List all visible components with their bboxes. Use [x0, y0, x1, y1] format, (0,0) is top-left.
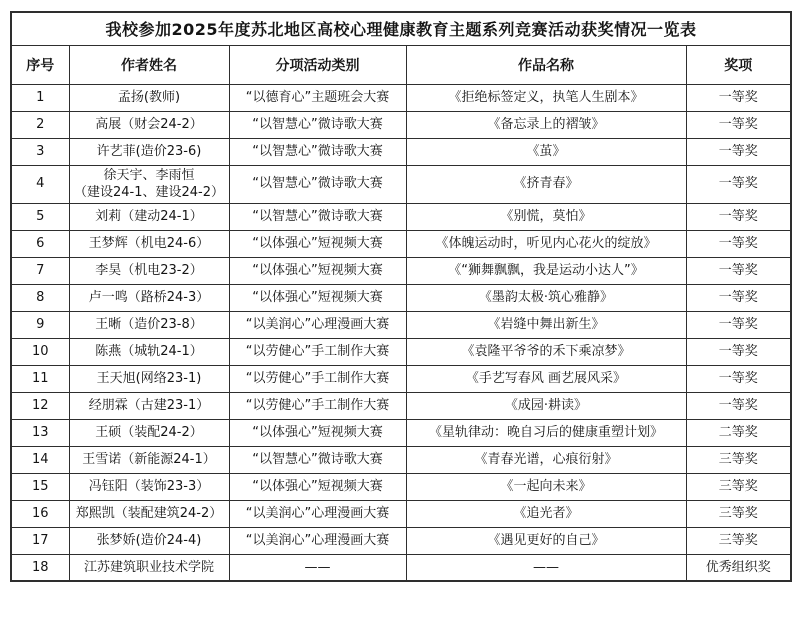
table-row: 9王晰（造价23-8）“以美润心”心理漫画大赛《岩缝中舞出新生》一等奖	[11, 311, 791, 338]
cell-category: “以劳健心”手工制作大赛	[229, 392, 406, 419]
cell-author: 王晰（造价23-8）	[69, 311, 229, 338]
table-row: 10陈燕（城轨24-1）“以劳健心”手工制作大赛《袁隆平爷爷的禾下乘凉梦》一等奖	[11, 338, 791, 365]
cell-category: “以德育心”主题班会大赛	[229, 84, 406, 111]
table-row: 11王天旭(网络23-1)“以劳健心”手工制作大赛《手艺写春风 画艺展风采》一等…	[11, 365, 791, 392]
cell-category: “以体强心”短视频大赛	[229, 257, 406, 284]
column-header-work: 作品名称	[406, 45, 686, 84]
cell-work: 《遇见更好的自己》	[406, 527, 686, 554]
cell-no: 5	[11, 203, 69, 230]
table-row: 4徐天宇、李雨恒 （建设24-1、建设24-2）“以智慧心”微诗歌大赛《挤青春》…	[11, 165, 791, 203]
table-row: 14王雪诺（新能源24-1）“以智慧心”微诗歌大赛《青春光谱，心痕衍射》三等奖	[11, 446, 791, 473]
cell-award: 三等奖	[686, 500, 791, 527]
cell-award: 一等奖	[686, 257, 791, 284]
table-row: 3许艺菲(造价23-6)“以智慧心”微诗歌大赛《茧》一等奖	[11, 138, 791, 165]
document-page: 我校参加2025年度苏北地区高校心理健康教育主题系列竞赛活动获奖情况一览表 序号…	[0, 0, 798, 633]
cell-no: 13	[11, 419, 69, 446]
cell-category: “以智慧心”微诗歌大赛	[229, 111, 406, 138]
cell-no: 1	[11, 84, 69, 111]
cell-author: 高展（财会24-2）	[69, 111, 229, 138]
cell-work: 《“狮舞飘飘，我是运动小达人”》	[406, 257, 686, 284]
cell-category: “以智慧心”微诗歌大赛	[229, 138, 406, 165]
table-title-row: 我校参加2025年度苏北地区高校心理健康教育主题系列竞赛活动获奖情况一览表	[11, 12, 791, 45]
cell-no: 4	[11, 165, 69, 203]
cell-category: “以美润心”心理漫画大赛	[229, 527, 406, 554]
cell-author: 卢一鸣（路桥24-3）	[69, 284, 229, 311]
table-body: 1孟扬(教师)“以德育心”主题班会大赛《拒绝标签定义，执笔人生剧本》一等奖2高展…	[11, 84, 791, 581]
cell-no: 15	[11, 473, 69, 500]
table-title: 我校参加2025年度苏北地区高校心理健康教育主题系列竞赛活动获奖情况一览表	[11, 12, 791, 45]
table-header-row: 序号 作者姓名 分项活动类别 作品名称 奖项	[11, 45, 791, 84]
cell-author: 经朋霖（古建23-1）	[69, 392, 229, 419]
cell-no: 9	[11, 311, 69, 338]
cell-author: 孟扬(教师)	[69, 84, 229, 111]
cell-award: 一等奖	[686, 230, 791, 257]
cell-author: 冯钰阳（装饰23-3）	[69, 473, 229, 500]
cell-author: 张梦娇(造价24-4)	[69, 527, 229, 554]
cell-award: 二等奖	[686, 419, 791, 446]
cell-no: 10	[11, 338, 69, 365]
column-header-category: 分项活动类别	[229, 45, 406, 84]
cell-author: 郑熙凯（装配建筑24-2）	[69, 500, 229, 527]
table-row: 7李昊（机电23-2）“以体强心”短视频大赛《“狮舞飘飘，我是运动小达人”》一等…	[11, 257, 791, 284]
cell-author: 江苏建筑职业技术学院	[69, 554, 229, 581]
cell-author: 王梦辉（机电24-6）	[69, 230, 229, 257]
column-header-no: 序号	[11, 45, 69, 84]
table-row: 5刘莉（建动24-1）“以智慧心”微诗歌大赛《别慌，莫怕》一等奖	[11, 203, 791, 230]
cell-category: ——	[229, 554, 406, 581]
cell-work: 《备忘录上的褶皱》	[406, 111, 686, 138]
cell-award: 一等奖	[686, 311, 791, 338]
table-row: 1孟扬(教师)“以德育心”主题班会大赛《拒绝标签定义，执笔人生剧本》一等奖	[11, 84, 791, 111]
column-header-award: 奖项	[686, 45, 791, 84]
cell-category: “以体强心”短视频大赛	[229, 284, 406, 311]
cell-no: 12	[11, 392, 69, 419]
cell-category: “以智慧心”微诗歌大赛	[229, 203, 406, 230]
cell-award: 三等奖	[686, 473, 791, 500]
cell-work: 《青春光谱，心痕衍射》	[406, 446, 686, 473]
cell-award: 一等奖	[686, 284, 791, 311]
cell-work: 《成园·耕读》	[406, 392, 686, 419]
cell-category: “以美润心”心理漫画大赛	[229, 311, 406, 338]
awards-table: 我校参加2025年度苏北地区高校心理健康教育主题系列竞赛活动获奖情况一览表 序号…	[10, 11, 792, 582]
cell-award: 一等奖	[686, 84, 791, 111]
table-row: 16郑熙凯（装配建筑24-2）“以美润心”心理漫画大赛《追光者》三等奖	[11, 500, 791, 527]
table-row: 6王梦辉（机电24-6）“以体强心”短视频大赛《体魄运动时，听见内心花火的绽放》…	[11, 230, 791, 257]
cell-author: 王天旭(网络23-1)	[69, 365, 229, 392]
cell-author: 李昊（机电23-2）	[69, 257, 229, 284]
cell-work: 《岩缝中舞出新生》	[406, 311, 686, 338]
cell-no: 14	[11, 446, 69, 473]
cell-category: “以体强心”短视频大赛	[229, 419, 406, 446]
cell-author: 刘莉（建动24-1）	[69, 203, 229, 230]
cell-category: “以美润心”心理漫画大赛	[229, 500, 406, 527]
cell-work: 《别慌，莫怕》	[406, 203, 686, 230]
cell-category: “以劳健心”手工制作大赛	[229, 365, 406, 392]
cell-category: “以体强心”短视频大赛	[229, 230, 406, 257]
cell-no: 16	[11, 500, 69, 527]
cell-author: 王雪诺（新能源24-1）	[69, 446, 229, 473]
column-header-author: 作者姓名	[69, 45, 229, 84]
cell-award: 一等奖	[686, 138, 791, 165]
cell-work: 《一起向未来》	[406, 473, 686, 500]
cell-no: 7	[11, 257, 69, 284]
cell-author: 陈燕（城轨24-1）	[69, 338, 229, 365]
cell-work: 《茧》	[406, 138, 686, 165]
cell-award: 优秀组织奖	[686, 554, 791, 581]
cell-no: 2	[11, 111, 69, 138]
cell-no: 8	[11, 284, 69, 311]
cell-author: 徐天宇、李雨恒 （建设24-1、建设24-2）	[69, 165, 229, 203]
table-row: 13王硕（装配24-2）“以体强心”短视频大赛《星轨律动：晚自习后的健康重塑计划…	[11, 419, 791, 446]
cell-award: 三等奖	[686, 527, 791, 554]
cell-no: 6	[11, 230, 69, 257]
cell-no: 11	[11, 365, 69, 392]
table-row: 12经朋霖（古建23-1）“以劳健心”手工制作大赛《成园·耕读》一等奖	[11, 392, 791, 419]
cell-category: “以劳健心”手工制作大赛	[229, 338, 406, 365]
cell-work: 《拒绝标签定义，执笔人生剧本》	[406, 84, 686, 111]
cell-author: 许艺菲(造价23-6)	[69, 138, 229, 165]
cell-work: 《袁隆平爷爷的禾下乘凉梦》	[406, 338, 686, 365]
table-row: 17张梦娇(造价24-4)“以美润心”心理漫画大赛《遇见更好的自己》三等奖	[11, 527, 791, 554]
cell-category: “以智慧心”微诗歌大赛	[229, 165, 406, 203]
table-row: 2高展（财会24-2）“以智慧心”微诗歌大赛《备忘录上的褶皱》一等奖	[11, 111, 791, 138]
cell-no: 3	[11, 138, 69, 165]
cell-award: 一等奖	[686, 111, 791, 138]
table-row: 18江苏建筑职业技术学院————优秀组织奖	[11, 554, 791, 581]
cell-work: ——	[406, 554, 686, 581]
cell-category: “以体强心”短视频大赛	[229, 473, 406, 500]
cell-work: 《星轨律动：晚自习后的健康重塑计划》	[406, 419, 686, 446]
cell-work: 《挤青春》	[406, 165, 686, 203]
cell-work: 《体魄运动时，听见内心花火的绽放》	[406, 230, 686, 257]
cell-work: 《墨韵太极·筑心雅静》	[406, 284, 686, 311]
cell-award: 三等奖	[686, 446, 791, 473]
cell-category: “以智慧心”微诗歌大赛	[229, 446, 406, 473]
cell-award: 一等奖	[686, 338, 791, 365]
table-row: 15冯钰阳（装饰23-3）“以体强心”短视频大赛《一起向未来》三等奖	[11, 473, 791, 500]
cell-no: 17	[11, 527, 69, 554]
cell-award: 一等奖	[686, 392, 791, 419]
cell-author: 王硕（装配24-2）	[69, 419, 229, 446]
cell-no: 18	[11, 554, 69, 581]
cell-work: 《追光者》	[406, 500, 686, 527]
cell-award: 一等奖	[686, 165, 791, 203]
cell-award: 一等奖	[686, 365, 791, 392]
cell-award: 一等奖	[686, 203, 791, 230]
cell-work: 《手艺写春风 画艺展风采》	[406, 365, 686, 392]
table-row: 8卢一鸣（路桥24-3）“以体强心”短视频大赛《墨韵太极·筑心雅静》一等奖	[11, 284, 791, 311]
